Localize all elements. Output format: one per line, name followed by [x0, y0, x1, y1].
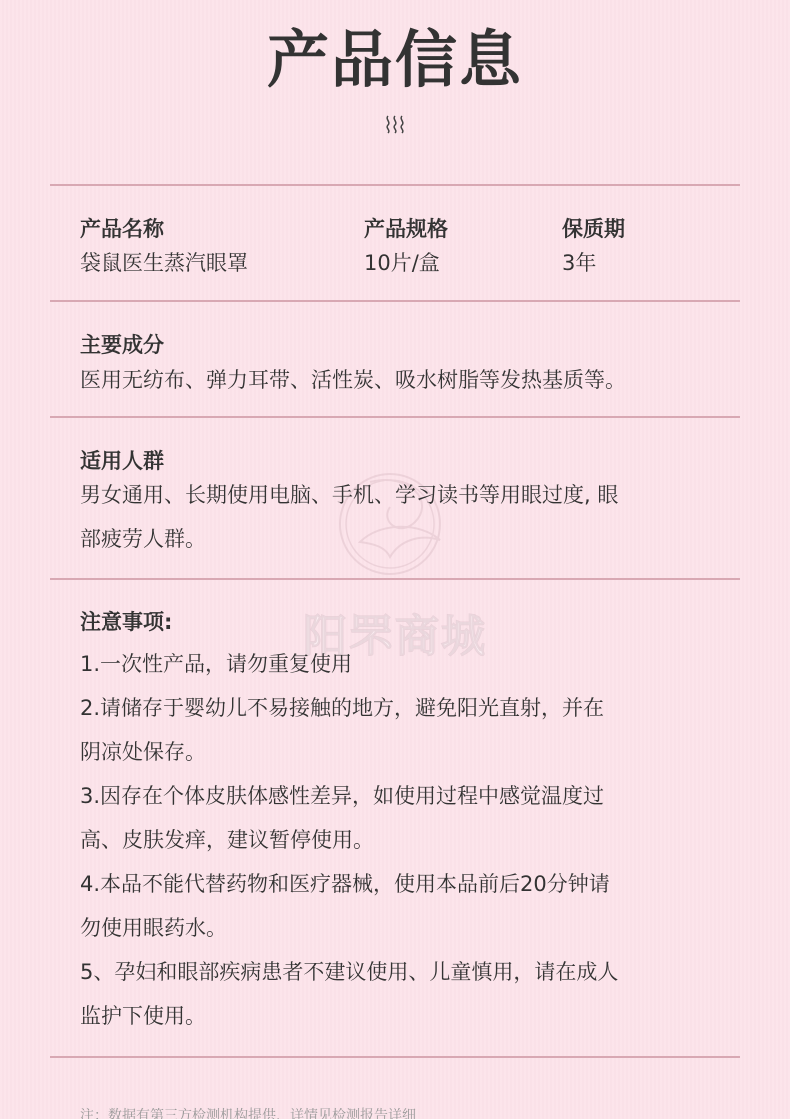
notes-line: 5、孕妇和眼部疾病患者不建议使用、儿童慎用，请在成人: [80, 950, 700, 994]
notes-line: 勿使用眼药水。: [80, 906, 700, 950]
footnote: 注：数据有第三方检测机构提供，详情见检测报告详细: [80, 1106, 416, 1119]
audience-label: 适用人群: [80, 447, 164, 475]
audience-line: 男女通用、长期使用电脑、手机、学习读书等用眼过度, 眼: [80, 473, 700, 517]
notes-line: 高、皮肤发痒，建议暂停使用。: [80, 818, 700, 862]
steam-icon: [383, 114, 407, 134]
notes-line: 2.请储存于婴幼儿不易接触的地方，避免阳光直射，并在: [80, 686, 700, 730]
notes-label: 注意事项:: [80, 608, 172, 636]
ingredients-text: 医用无纺布、弹力耳带、活性炭、吸水树脂等发热基质等。: [80, 366, 626, 394]
divider: [50, 416, 740, 418]
shelf-life-label: 保质期: [562, 215, 625, 243]
product-spec-value: 10片/盒: [364, 249, 440, 277]
shelf-life-value: 3年: [562, 249, 596, 277]
divider: [50, 184, 740, 186]
product-name-value: 袋鼠医生蒸汽眼罩: [80, 249, 248, 277]
divider: [50, 1056, 740, 1058]
divider: [50, 300, 740, 302]
page-title: 产品信息: [0, 22, 790, 98]
notes-line: 阴凉处保存。: [80, 730, 700, 774]
audience-text: 男女通用、长期使用电脑、手机、学习读书等用眼过度, 眼 部疲劳人群。: [80, 473, 700, 561]
notes-line: 3.因存在个体皮肤体感性差异，如使用过程中感觉温度过: [80, 774, 700, 818]
audience-line: 部疲劳人群。: [80, 517, 700, 561]
product-spec-label: 产品规格: [364, 215, 448, 243]
divider: [50, 578, 740, 580]
notes-line: 1.一次性产品，请勿重复使用: [80, 642, 700, 686]
ingredients-label: 主要成分: [80, 331, 164, 359]
product-name-label: 产品名称: [80, 215, 164, 243]
notes-line: 监护下使用。: [80, 994, 700, 1038]
notes-line: 4.本品不能代替药物和医疗器械，使用本品前后20分钟请: [80, 862, 700, 906]
notes-list: 1.一次性产品，请勿重复使用 2.请储存于婴幼儿不易接触的地方，避免阳光直射，并…: [80, 642, 700, 1038]
